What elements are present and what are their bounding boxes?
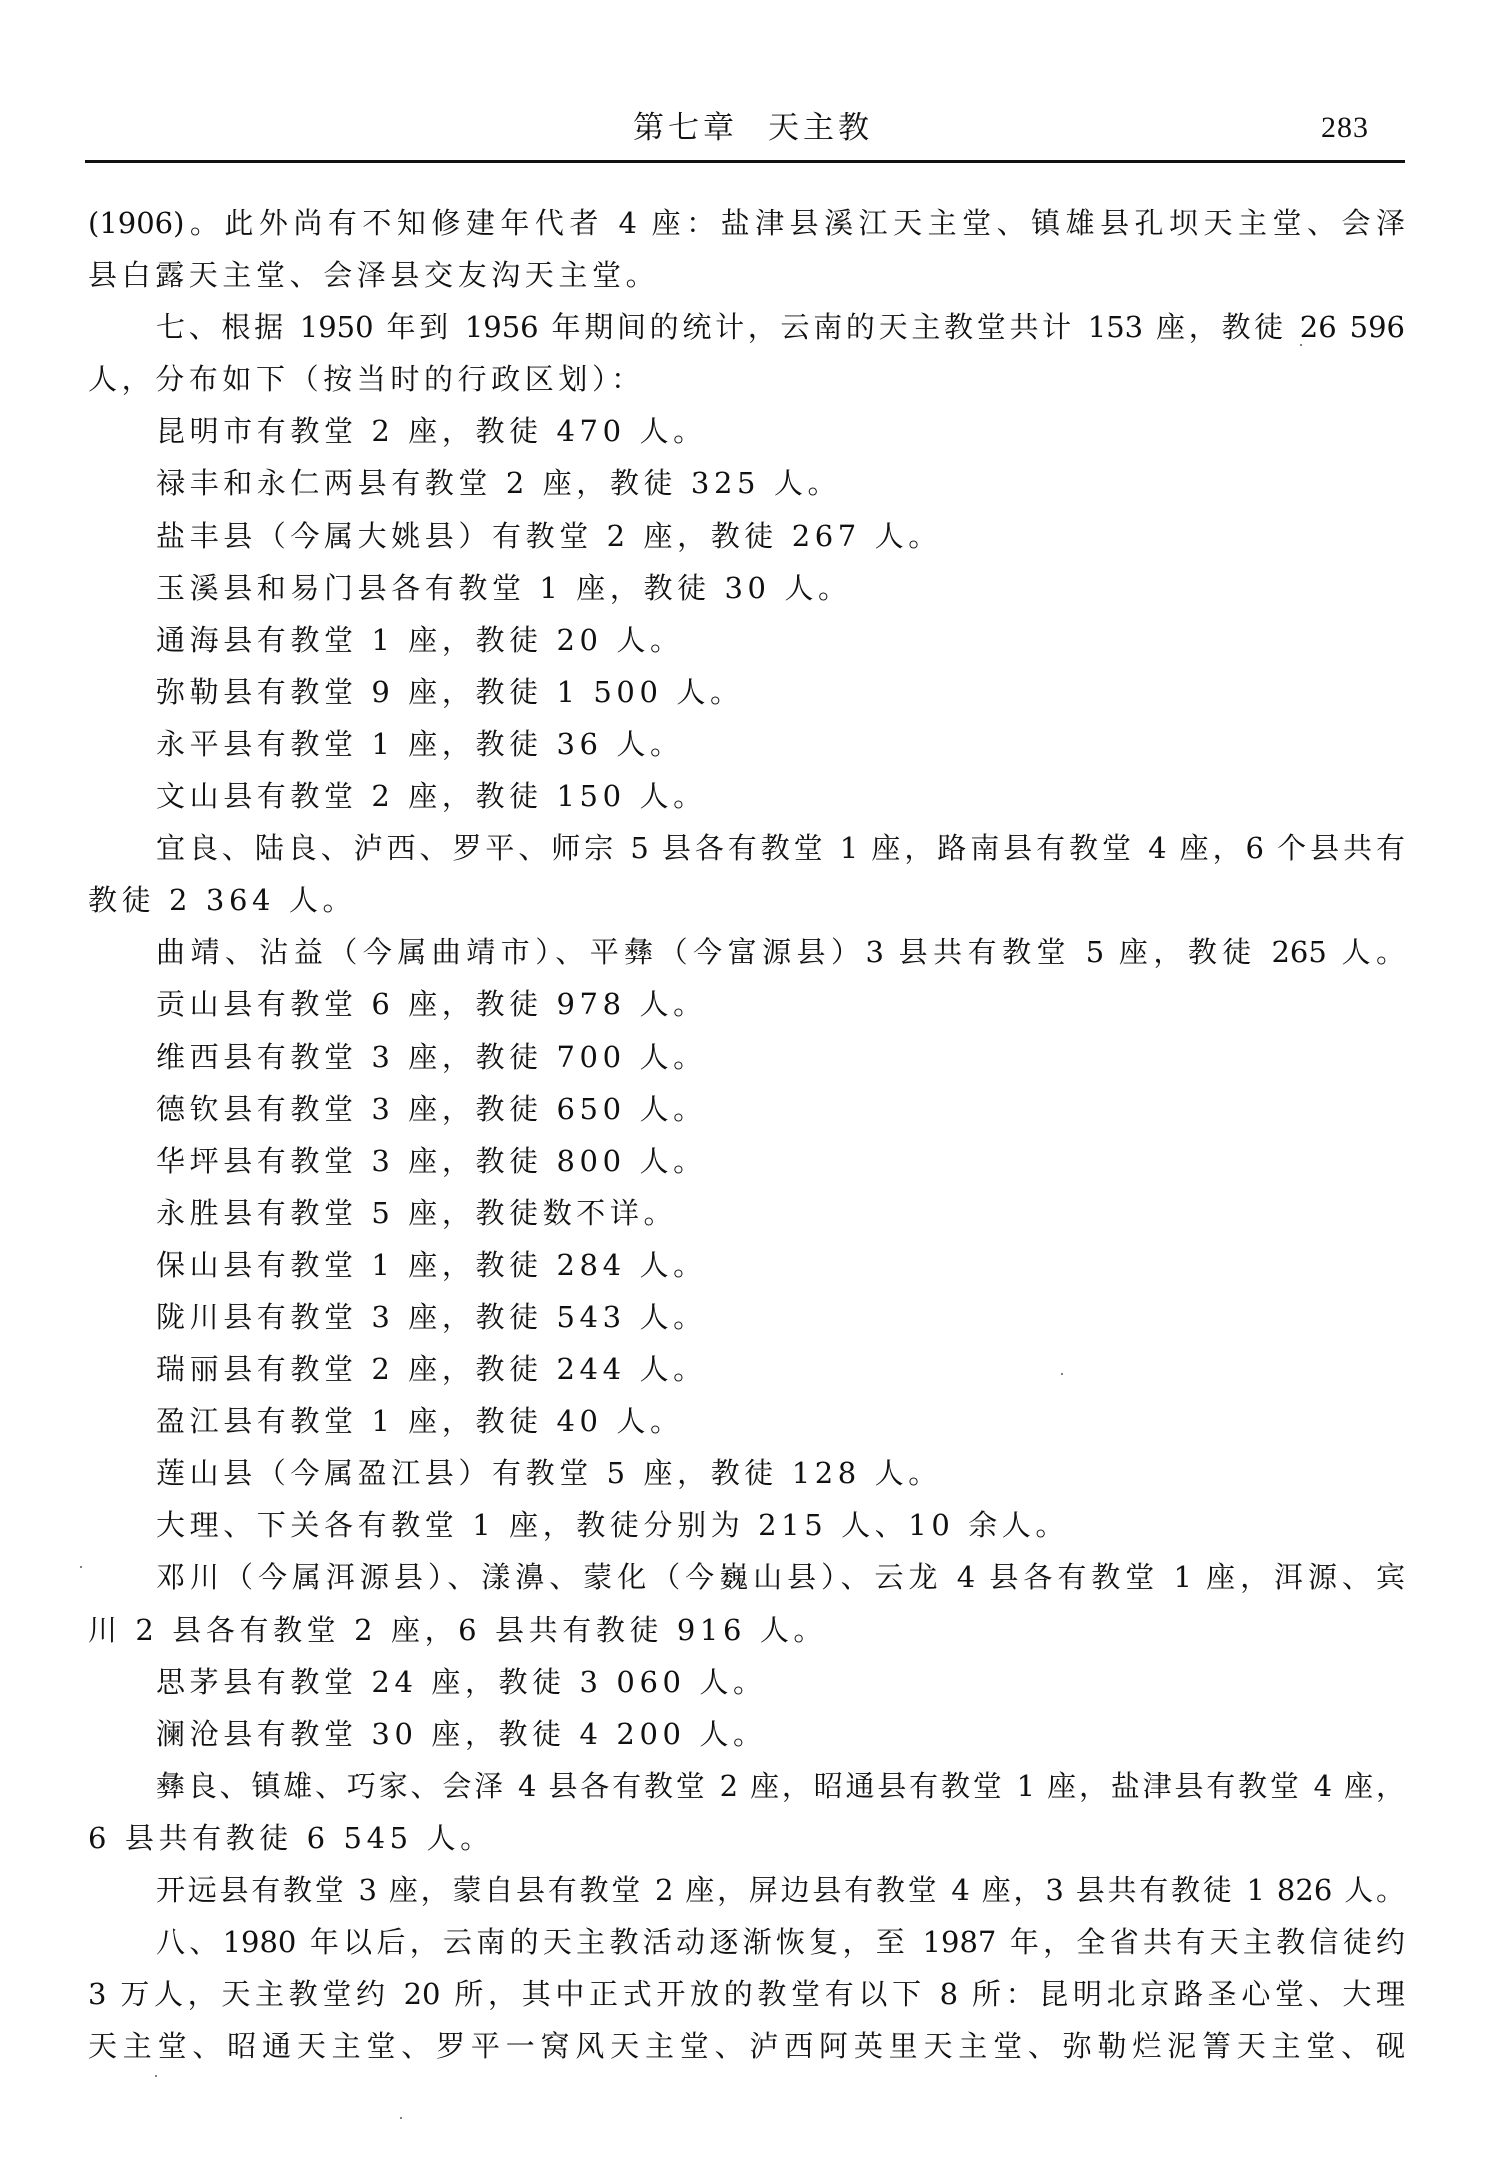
text-line: 贡山县有教堂 6 座，教徒 978 人。	[88, 978, 1405, 1030]
body-text: (1906)。此外尚有不知修建年代者 4 座：盐津县溪江天主堂、镇雄县孔坝天主堂…	[88, 197, 1405, 2072]
chapter-heading: 第七章天主教	[633, 104, 873, 152]
text-line: 彝良、镇雄、巧家、会泽 4 县各有教堂 2 座，昭通县有教堂 1 座，盐津县有教…	[88, 1760, 1405, 1812]
text-line: 川 2 县各有教堂 2 座，6 县共有教徒 916 人。	[88, 1604, 1405, 1656]
text-line: 通海县有教堂 1 座，教徒 20 人。	[88, 614, 1405, 666]
chapter-title-text: 天主教	[768, 110, 873, 146]
text-line: 3 万人，天主教堂约 20 所，其中正式开放的教堂有以下 8 所：昆明北京路圣心…	[88, 1968, 1405, 2020]
text-line: 弥勒县有教堂 9 座，教徒 1 500 人。	[88, 666, 1405, 718]
text-line: 文山县有教堂 2 座，教徒 150 人。	[88, 770, 1405, 822]
scan-speck	[1300, 344, 1302, 346]
text-line: 大理、下关各有教堂 1 座，教徒分别为 215 人、10 余人。	[88, 1499, 1405, 1551]
text-line: 人，分布如下（按当时的行政区划）：	[88, 353, 1405, 405]
text-line: 华坪县有教堂 3 座，教徒 800 人。	[88, 1135, 1405, 1187]
text-line: 玉溪县和易门县各有教堂 1 座，教徒 30 人。	[88, 562, 1405, 614]
running-header: 第七章天主教 283	[85, 104, 1405, 152]
text-line: 永平县有教堂 1 座，教徒 36 人。	[88, 718, 1405, 770]
text-line: 保山县有教堂 1 座，教徒 284 人。	[88, 1239, 1405, 1291]
text-line: 七、根据 1950 年到 1956 年期间的统计，云南的天主教堂共计 153 座…	[88, 301, 1405, 353]
text-line: 陇川县有教堂 3 座，教徒 543 人。	[88, 1291, 1405, 1343]
text-line: 瑞丽县有教堂 2 座，教徒 244 人。	[88, 1343, 1405, 1395]
text-line: 德钦县有教堂 3 座，教徒 650 人。	[88, 1083, 1405, 1135]
text-line: 思茅县有教堂 24 座，教徒 3 060 人。	[88, 1656, 1405, 1708]
page-number: 283	[1321, 104, 1369, 152]
scan-speck	[400, 2117, 402, 2119]
text-line: 教徒 2 364 人。	[88, 874, 1405, 926]
text-line: (1906)。此外尚有不知修建年代者 4 座：盐津县溪江天主堂、镇雄县孔坝天主堂…	[88, 197, 1405, 249]
scan-speck	[1061, 1373, 1063, 1375]
header-rule	[85, 160, 1405, 163]
text-line: 邓川（今属洱源县）、漾濞、蒙化（今巍山县）、云龙 4 县各有教堂 1 座，洱源、…	[88, 1551, 1405, 1603]
text-line: 盐丰县（今属大姚县）有教堂 2 座，教徒 267 人。	[88, 510, 1405, 562]
text-line: 6 县共有教徒 6 545 人。	[88, 1812, 1405, 1864]
text-line: 盈江县有教堂 1 座，教徒 40 人。	[88, 1395, 1405, 1447]
text-line: 县白露天主堂、会泽县交友沟天主堂。	[88, 249, 1405, 301]
book-page: 第七章天主教 283 (1906)。此外尚有不知修建年代者 4 座：盐津县溪江天…	[0, 0, 1500, 2171]
text-line: 开远县有教堂 3 座，蒙自县有教堂 2 座，屏边县有教堂 4 座，3 县共有教徒…	[88, 1864, 1405, 1916]
scan-speck	[80, 1566, 82, 1568]
text-line: 禄丰和永仁两县有教堂 2 座，教徒 325 人。	[88, 457, 1405, 509]
text-line: 昆明市有教堂 2 座，教徒 470 人。	[88, 405, 1405, 457]
chapter-number: 第七章	[633, 110, 738, 146]
text-line: 澜沧县有教堂 30 座，教徒 4 200 人。	[88, 1708, 1405, 1760]
text-line: 宜良、陆良、泸西、罗平、师宗 5 县各有教堂 1 座，路南县有教堂 4 座，6 …	[88, 822, 1405, 874]
text-line: 永胜县有教堂 5 座，教徒数不详。	[88, 1187, 1405, 1239]
text-line: 维西县有教堂 3 座，教徒 700 人。	[88, 1031, 1405, 1083]
text-line: 天主堂、昭通天主堂、罗平一窝风天主堂、泸西阿英里天主堂、弥勒烂泥箐天主堂、砚	[88, 2020, 1405, 2072]
text-line: 八、1980 年以后，云南的天主教活动逐渐恢复，至 1987 年，全省共有天主教…	[88, 1916, 1405, 1968]
text-line: 莲山县（今属盈江县）有教堂 5 座，教徒 128 人。	[88, 1447, 1405, 1499]
text-line: 曲靖、沾益（今属曲靖市）、平彝（今富源县）3 县共有教堂 5 座，教徒 265 …	[88, 926, 1405, 978]
scan-speck	[155, 2075, 157, 2077]
